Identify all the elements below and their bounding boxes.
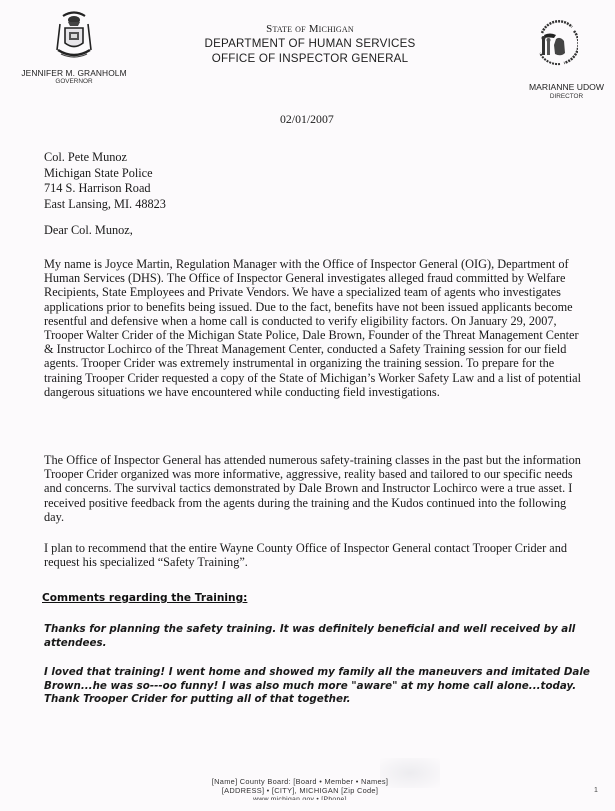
michigan-state-seal-icon [53, 10, 95, 60]
comment-item: Thanks for planning the safety training.… [44, 623, 604, 650]
state-name: State of Michigan [150, 22, 470, 36]
recipient-city: East Lansing, MI. 48823 [44, 197, 166, 213]
page-number: 1 [594, 787, 598, 794]
office-name: OFFICE OF INSPECTOR GENERAL [150, 51, 470, 66]
director-name: MARIANNE UDOW [518, 82, 615, 92]
recipient-organization: Michigan State Police [44, 166, 166, 182]
recipient-street: 714 S. Harrison Road [44, 181, 166, 197]
body-paragraph: My name is Joyce Martin, Regulation Mana… [44, 257, 584, 399]
recipient-address: Col. Pete Munoz Michigan State Police 71… [44, 150, 166, 212]
letterhead-heading: State of Michigan DEPARTMENT OF HUMAN SE… [150, 22, 470, 66]
director-title: DIRECTOR [518, 93, 615, 100]
footer-line: [ADDRESS] • [CITY], MICHIGAN [Zip Code] [150, 786, 450, 795]
letter-page: JENNIFER M. GRANHOLM GOVERNOR State of M… [0, 0, 615, 811]
letter-date: 02/01/2007 [280, 112, 334, 127]
footer-line: [Name] County Board: [Board • Member • N… [150, 777, 450, 786]
department-of-human-services-seal-icon [534, 17, 578, 67]
department-name: DEPARTMENT OF HUMAN SERVICES [150, 36, 470, 51]
governor-title: GOVERNOR [8, 78, 140, 85]
salutation: Dear Col. Munoz, [44, 223, 133, 238]
letter-footer: [Name] County Board: [Board • Member • N… [150, 777, 450, 800]
governor-name: JENNIFER M. GRANHOLM [8, 68, 140, 78]
body-paragraph: The Office of Inspector General has atte… [44, 453, 584, 524]
comments-heading: Comments regarding the Training: [42, 592, 247, 604]
recipient-name: Col. Pete Munoz [44, 150, 166, 166]
body-paragraph: I plan to recommend that the entire Wayn… [44, 541, 584, 569]
comment-item: I loved that training! I went home and s… [44, 666, 604, 707]
footer-line: www.michigan.gov • [Phone] [150, 795, 450, 800]
